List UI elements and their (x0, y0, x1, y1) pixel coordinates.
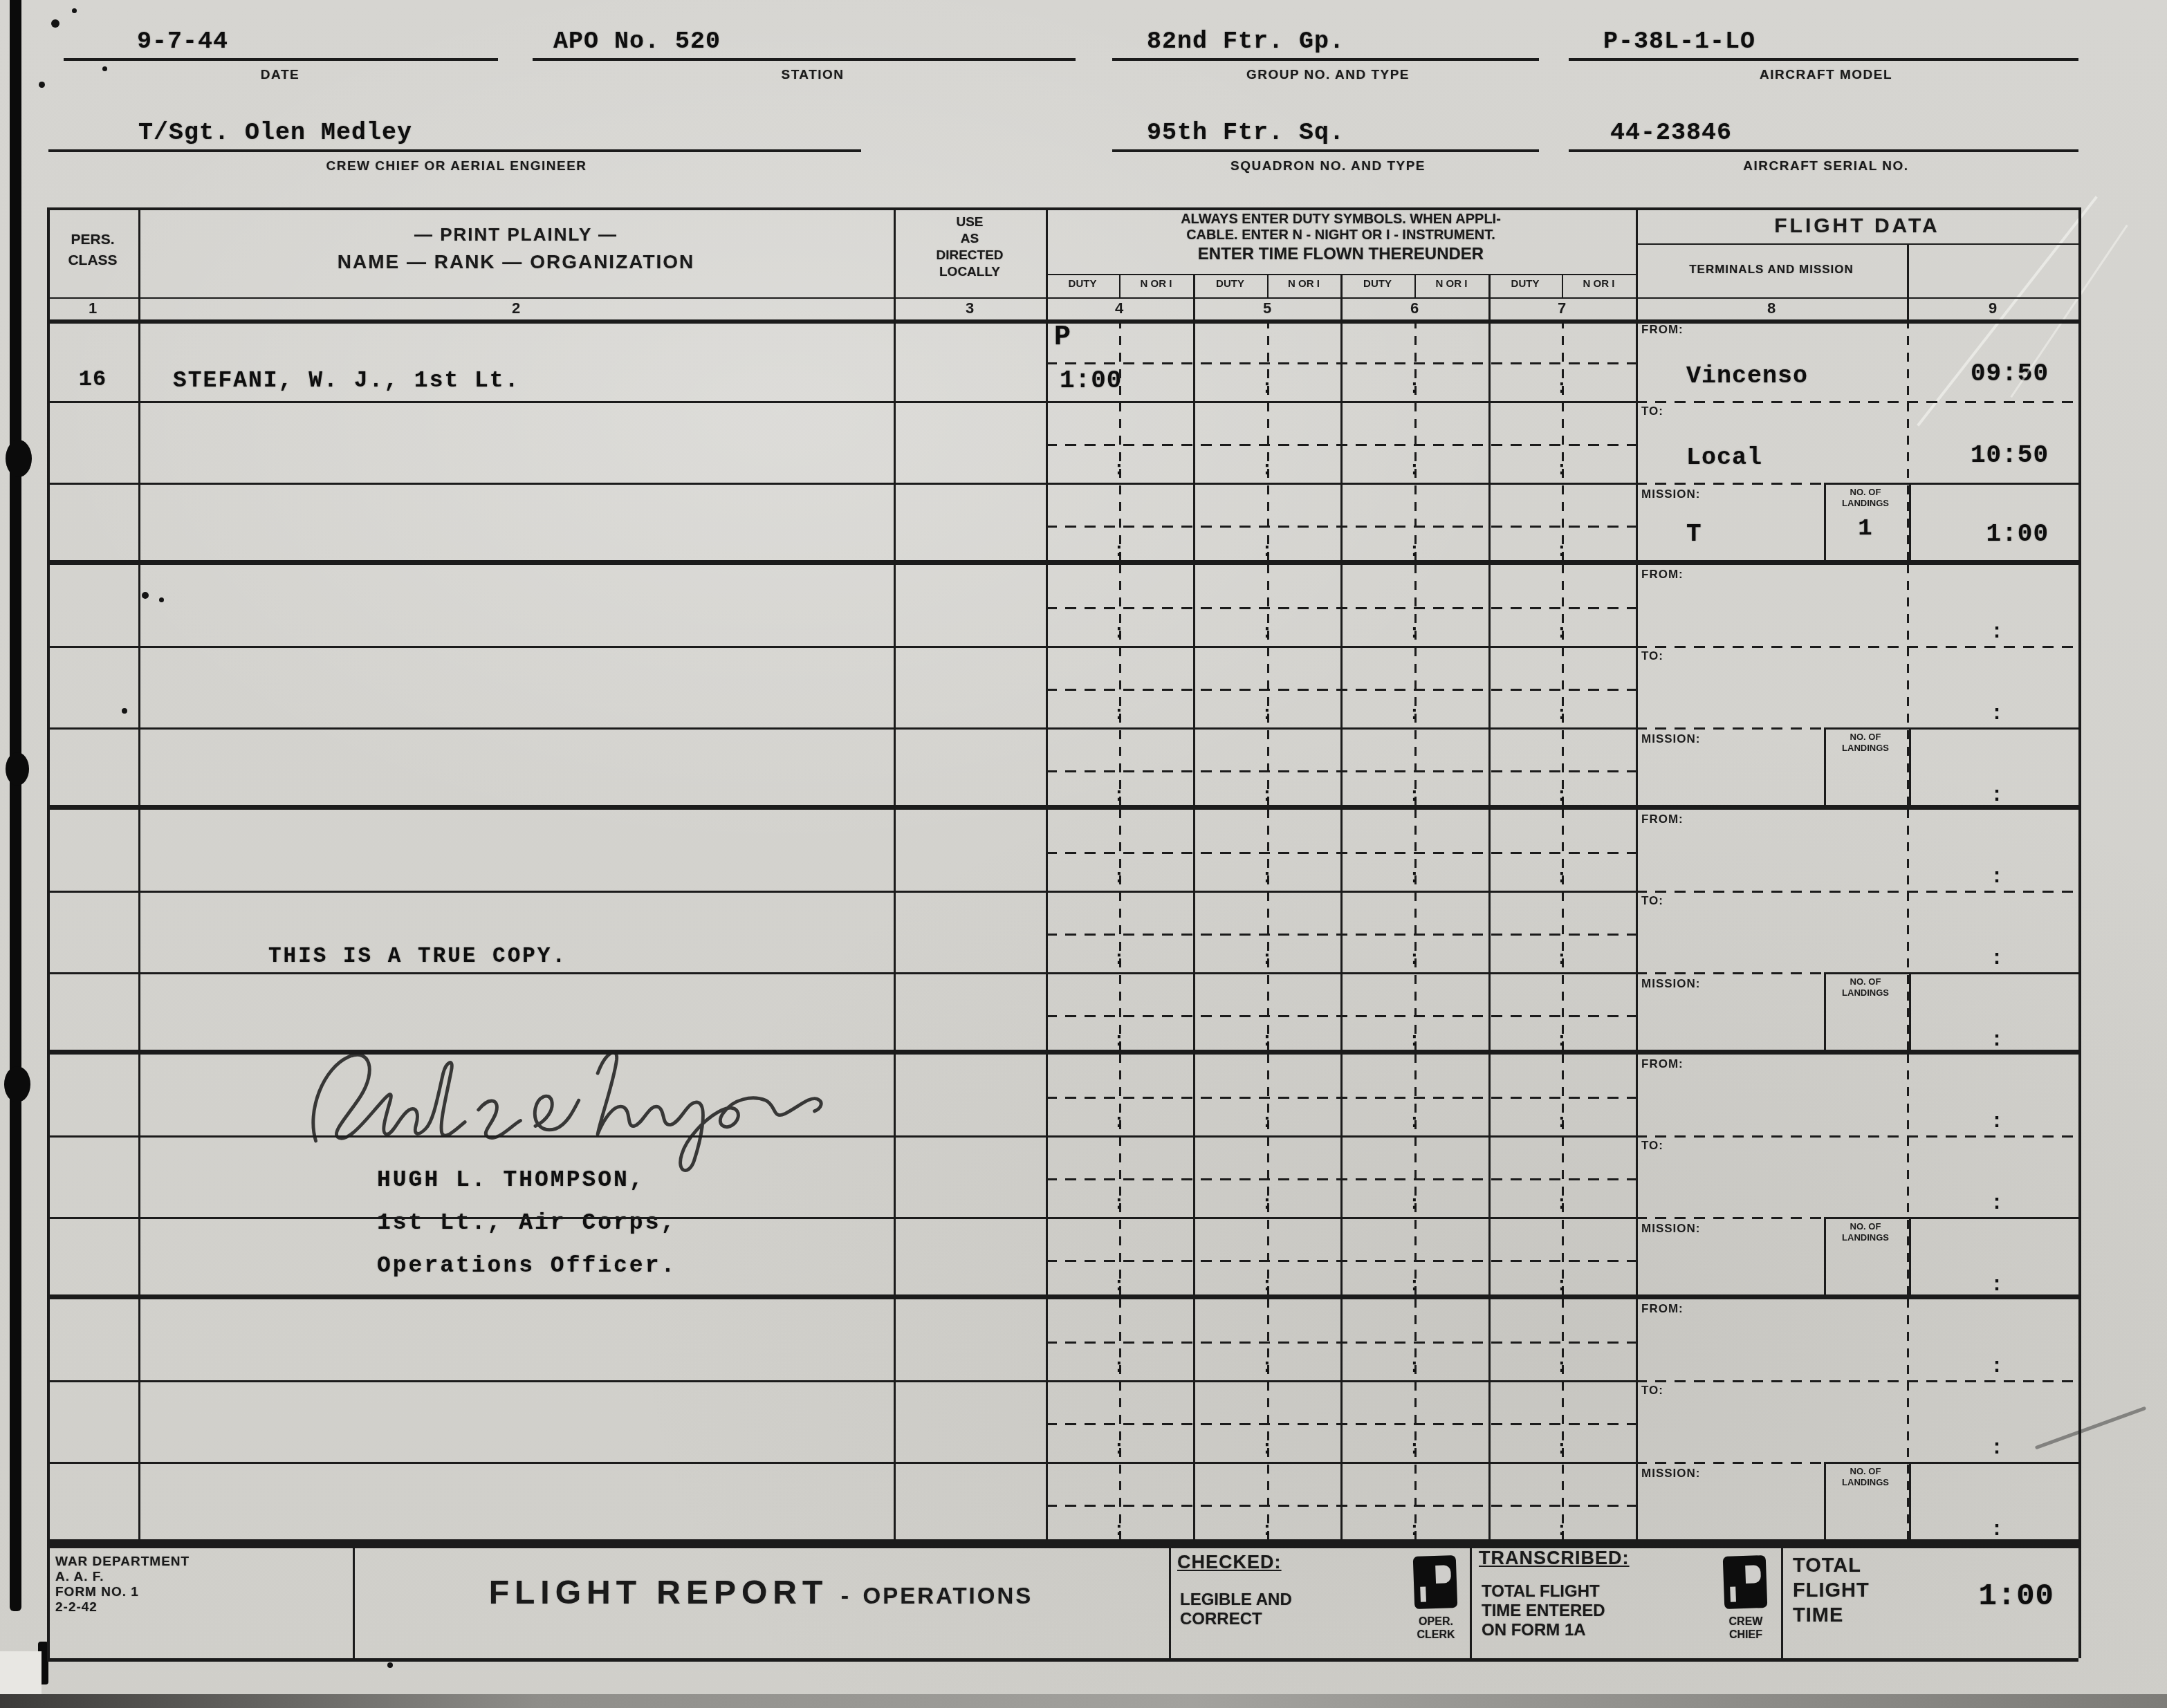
terminals-mission-header: TERMINALS AND MISSION (1636, 263, 1907, 277)
time-colon-placeholder: : (1555, 1030, 1569, 1052)
transcribed-desc-line3: ON FORM 1A (1482, 1621, 1605, 1640)
column-number: 5 (1239, 299, 1295, 317)
grid-line (138, 1054, 140, 1299)
total-label-line2: FLIGHT (1793, 1578, 1870, 1603)
group-value: 82nd Ftr. Gp. (1147, 28, 1345, 55)
grid-dashed-line (1636, 1217, 1824, 1219)
name-column-header: — PRINT PLAINLY — NAME — RANK — ORGANIZA… (138, 224, 894, 273)
grid-dashed-line (1046, 1015, 1636, 1017)
time-colon-placeholder: : (1408, 1438, 1421, 1460)
name-rank-org-label: NAME — RANK — ORGANIZATION (138, 251, 894, 273)
grid-dashed-line (1046, 526, 1636, 528)
time-colon-placeholder: : (1112, 1520, 1126, 1541)
grid-line (1636, 207, 1638, 319)
landings-box-label: NO. OF (1824, 732, 1907, 742)
date-label: DATE (180, 68, 380, 83)
crew-chief-line (48, 149, 861, 152)
grid-line (47, 297, 2078, 299)
time-colon-placeholder: : (1112, 1194, 1126, 1215)
checked-desc-line2: CORRECT (1180, 1610, 1292, 1629)
total-label-line3: TIME (1793, 1603, 1870, 1628)
column-number: 7 (1534, 299, 1589, 317)
time-colon-placeholder: : (1112, 1357, 1126, 1378)
duty-note-line1: ALWAYS ENTER DUTY SYMBOLS. WHEN APPLI- (1046, 212, 1636, 228)
grid-line (894, 809, 896, 1054)
scan-edge-bump (6, 440, 32, 477)
time-colon-placeholder: : (1112, 867, 1126, 889)
certifier-typed-name: HUGH L. THOMPSON, (377, 1167, 645, 1193)
time-colon-placeholder: : (1408, 1112, 1421, 1133)
time-colon-placeholder: : (1555, 378, 1569, 399)
grid-line (1636, 319, 1638, 564)
group-bottom-rule (47, 1294, 2078, 1299)
checked-label: CHECKED: (1177, 1552, 1282, 1573)
grid-line (47, 1135, 1636, 1138)
scan-edge-bump (4, 1066, 30, 1102)
table-top-border (47, 207, 2078, 210)
to-label: TO: (1641, 1139, 1663, 1153)
duty-note-line3: ENTER TIME FLOWN THEREUNDER (1046, 245, 1636, 264)
flight-report-document: 9-7-44 DATE APO No. 520 STATION 82nd Ftr… (0, 0, 2167, 1708)
aircraft-model-value: P-38L-1-LO (1603, 28, 1755, 55)
time-colon-placeholder: : (1555, 1112, 1569, 1133)
transcribed-desc-line1: TOTAL FLIGHT (1482, 1582, 1605, 1602)
group-label: GROUP NO. AND TYPE (1190, 68, 1466, 83)
time-colon-placeholder: : (1260, 867, 1274, 889)
landings-box-label2: LANDINGS (1824, 1477, 1907, 1487)
column-number: 3 (942, 299, 997, 317)
group-bottom-rule (47, 805, 2078, 810)
time-colon-placeholder: : (1112, 1438, 1126, 1460)
to-label: TO: (1641, 649, 1663, 663)
time-colon-placeholder: : (1555, 1438, 1569, 1460)
footer-divider (1781, 1543, 1783, 1658)
time-colon-placeholder: : (1260, 786, 1274, 807)
time-colon-placeholder: : (1112, 1030, 1126, 1052)
grid-dashed-line (1636, 727, 1824, 730)
nori-subheader: N OR I (1562, 278, 1636, 290)
grid-line (1636, 243, 2078, 245)
footer-divider (1470, 1543, 1472, 1658)
grid-dashed-line (1636, 1462, 1824, 1464)
time-colon-placeholder: : (1260, 949, 1274, 970)
grid-dashed-line (1046, 1505, 1636, 1507)
time-colon-placeholder: : (1989, 1519, 2004, 1542)
grid-line (1636, 564, 1638, 809)
mission-symbol-entry: T (1686, 520, 1702, 548)
grid-dashed-line (1046, 1260, 1636, 1262)
aircraft-model-line (1569, 58, 2078, 61)
squadron-line (1112, 149, 1539, 152)
grid-dashed-line (1046, 1423, 1636, 1425)
time-colon-placeholder: : (1989, 1355, 2004, 1379)
grid-line (894, 564, 896, 809)
duty-subheader: DUTY (1046, 278, 1119, 290)
grid-dashed-line (1046, 362, 1636, 364)
grid-dashed-line (1046, 1342, 1636, 1344)
scan-speck (102, 66, 107, 71)
from-label: FROM: (1641, 1302, 1684, 1316)
time-colon-placeholder: : (1555, 1194, 1569, 1215)
time-colon-placeholder: : (1408, 541, 1421, 562)
station-label: STATION (712, 68, 913, 83)
group-line (1112, 58, 1539, 61)
time-colon-placeholder: : (1408, 949, 1421, 970)
time-colon-placeholder: : (1408, 704, 1421, 725)
grid-line (894, 319, 896, 564)
time-colon-placeholder: : (1555, 1357, 1569, 1378)
mission-time-entry: 1:00 (1923, 520, 2049, 548)
grid-line (47, 727, 1636, 730)
crew-chief-label: CREW CHIEF (1706, 1615, 1786, 1642)
time-colon-placeholder: : (1260, 1357, 1274, 1378)
grid-line (1636, 1054, 1638, 1299)
name-entry: STEFANI, W. J., 1st Lt. (173, 368, 519, 393)
footer-divider (1169, 1543, 1171, 1658)
checked-desc-line1: LEGIBLE AND (1180, 1590, 1292, 1610)
oper-label-line1: OPER. (1396, 1615, 1476, 1628)
grid-line (47, 1217, 1636, 1219)
grid-line (138, 1299, 140, 1543)
squadron-value: 95th Ftr. Sq. (1147, 119, 1345, 147)
scan-speck (72, 8, 77, 13)
time-colon-placeholder: : (1989, 1111, 2004, 1134)
landings-box-label: NO. OF (1824, 1221, 1907, 1232)
time-colon-placeholder: : (1112, 949, 1126, 970)
grid-line (47, 1462, 1636, 1464)
from-time-entry: 09:50 (1923, 360, 2049, 388)
grid-line (47, 1380, 1636, 1382)
serial-line (1569, 149, 2078, 152)
grid-dashed-line (1636, 1380, 2078, 1382)
time-colon-placeholder: : (1260, 1520, 1274, 1541)
form-id-line4: 2-2-42 (55, 1600, 190, 1615)
pers-class-header-line1: PERS. (50, 230, 136, 250)
mission-label: MISSION: (1641, 732, 1700, 746)
duty-symbols-note: ALWAYS ENTER DUTY SYMBOLS. WHEN APPLI- C… (1046, 212, 1636, 264)
grid-line (47, 401, 1636, 403)
grid-line (894, 207, 896, 319)
time-colon-placeholder: : (1555, 704, 1569, 725)
time-colon-placeholder: : (1260, 1275, 1274, 1297)
column-number: 1 (65, 299, 120, 317)
grid-dashed-line (1046, 444, 1636, 446)
flight-data-header: FLIGHT DATA (1636, 214, 2078, 238)
time-colon-placeholder: : (1260, 1194, 1274, 1215)
time-colon-placeholder: : (1989, 621, 2004, 644)
group-bottom-rule (47, 1050, 2078, 1055)
crew-label-line1: CREW (1706, 1615, 1786, 1628)
grid-dashed-line (1046, 607, 1636, 609)
scan-speck (142, 592, 149, 599)
print-plainly-label: — PRINT PLAINLY — (138, 224, 894, 245)
grid-dashed-line (1636, 646, 2078, 648)
true-copy-statement: THIS IS A TRUE COPY. (268, 945, 567, 969)
time-colon-placeholder: : (1989, 866, 2004, 889)
duty-subheader: DUTY (1488, 278, 1562, 290)
checked-description: LEGIBLE AND CORRECT (1180, 1590, 1292, 1629)
time-colon-placeholder: : (1555, 622, 1569, 644)
time-colon-placeholder: : (1408, 1275, 1421, 1297)
scan-edge-bump (6, 752, 29, 786)
form-id-line3: FORM NO. 1 (55, 1585, 190, 1600)
nori-subheader: N OR I (1414, 278, 1488, 290)
grid-dashed-line (1046, 852, 1636, 854)
time-colon-placeholder: : (1408, 1194, 1421, 1215)
date-value: 9-7-44 (137, 28, 228, 55)
time-colon-placeholder: : (1989, 1029, 2004, 1052)
crew-chief-initials-stamp (1723, 1555, 1768, 1609)
time-colon-placeholder: : (1408, 786, 1421, 807)
time-colon-placeholder: : (1989, 784, 2004, 808)
column-number: 4 (1091, 299, 1147, 317)
column-number: 2 (488, 299, 544, 317)
landings-box-label2: LANDINGS (1824, 743, 1907, 753)
crew-chief-label: CREW CHIEF OR AERIAL ENGINEER (249, 159, 664, 174)
mission-label: MISSION: (1641, 977, 1700, 991)
use-header-line2: AS (894, 231, 1046, 248)
grid-dashed-line (1046, 1097, 1636, 1099)
total-flight-time-value: 1:00 (1930, 1579, 2054, 1614)
grid-line (47, 972, 1636, 974)
time-colon-placeholder: : (1112, 541, 1126, 562)
grid-dashed-line (1046, 689, 1636, 691)
time-colon-placeholder: : (1408, 1520, 1421, 1541)
time-colon-placeholder: : (1112, 459, 1126, 481)
form-title-suffix: OPERATIONS (863, 1583, 1033, 1608)
time-colon-placeholder: : (1408, 622, 1421, 644)
certifier-rank: 1st Lt., Air Corps, (377, 1210, 676, 1236)
time-colon-placeholder: : (1112, 704, 1126, 725)
column-number: 6 (1387, 299, 1442, 317)
mission-label: MISSION: (1641, 488, 1700, 501)
time-colon-placeholder: : (1112, 786, 1126, 807)
landings-box-label2: LANDINGS (1824, 498, 1907, 508)
time-colon-placeholder: : (1555, 786, 1569, 807)
grid-line (1046, 207, 1048, 319)
time-colon-placeholder: : (1555, 1520, 1569, 1541)
grid-dashed-line (1636, 1135, 2078, 1138)
grid-line (138, 207, 140, 319)
time-colon-placeholder: : (1408, 867, 1421, 889)
time-colon-placeholder: : (1408, 1030, 1421, 1052)
grid-line (138, 564, 140, 809)
duty-time-entry: 1:00 (1060, 366, 1122, 395)
time-colon-placeholder: : (1989, 1274, 2004, 1297)
stamp-notch (1745, 1565, 1761, 1584)
grid-dashed-line (1636, 483, 1824, 485)
form-title-main: FLIGHT REPORT (489, 1575, 829, 1611)
scan-crease (2010, 225, 2128, 398)
transcribed-label: TRANSCRIBED: (1479, 1548, 1630, 1569)
grid-dashed-line (1636, 401, 2078, 403)
form-id-line1: WAR DEPARTMENT (55, 1554, 190, 1570)
time-colon-placeholder: : (1989, 1437, 2004, 1460)
crew-chief-value: T/Sgt. Olen Medley (138, 119, 412, 147)
from-terminal-entry: Vincenso (1686, 362, 1808, 390)
use-header-line3: DIRECTED (894, 248, 1046, 264)
pers-class-header-line2: CLASS (50, 250, 136, 271)
time-colon-placeholder: : (1555, 541, 1569, 562)
squadron-label: SQUADRON NO. AND TYPE (1190, 159, 1466, 174)
time-colon-placeholder: : (1408, 378, 1421, 399)
time-colon-placeholder: : (1989, 703, 2004, 726)
column-number: 9 (1965, 299, 2020, 317)
time-colon-placeholder: : (1260, 1112, 1274, 1133)
grid-line (894, 1299, 896, 1543)
time-colon-placeholder: : (1989, 947, 2004, 971)
time-colon-placeholder: : (1555, 459, 1569, 481)
nori-subheader: N OR I (1119, 278, 1193, 290)
to-terminal-entry: Local (1686, 444, 1762, 472)
scan-crease (2035, 1407, 2146, 1450)
form-id-line2: A. A. F. (55, 1570, 190, 1585)
time-colon-placeholder: : (1260, 378, 1274, 399)
transcribed-desc-line2: TIME ENTERED (1482, 1602, 1605, 1621)
landings-box-label: NO. OF (1824, 487, 1907, 497)
scan-speck (122, 708, 127, 714)
serial-label: AIRCRAFT SERIAL NO. (1688, 159, 1964, 174)
group-bottom-rule (47, 560, 2078, 565)
time-colon-placeholder: : (1112, 1275, 1126, 1297)
duty-subheader: DUTY (1340, 278, 1414, 290)
time-colon-placeholder: : (1555, 1275, 1569, 1297)
landings-box-label: NO. OF (1824, 1466, 1907, 1476)
grid-dashed-line (1636, 972, 1824, 974)
grid-line (47, 483, 1636, 485)
landings-box-label2: LANDINGS (1824, 987, 1907, 998)
to-label: TO: (1641, 405, 1663, 418)
duty-note-line2: CABLE. ENTER N - NIGHT OR I - INSTRUMENT… (1046, 228, 1636, 243)
stamp-notch (1730, 1586, 1736, 1602)
serial-value: 44-23846 (1610, 119, 1732, 147)
form-title: FLIGHT REPORT - OPERATIONS (353, 1574, 1169, 1612)
scan-speck (51, 19, 59, 28)
time-colon-placeholder: : (1260, 459, 1274, 481)
form-identification: WAR DEPARTMENT A. A. F. FORM NO. 1 2-2-4… (55, 1554, 190, 1615)
grid-line (1636, 809, 1638, 1054)
use-header-line1: USE (894, 214, 1046, 231)
time-colon-placeholder: : (1408, 459, 1421, 481)
duty-subheader: DUTY (1193, 278, 1267, 290)
mission-label: MISSION: (1641, 1467, 1700, 1480)
pers-class-header: PERS. CLASS (50, 230, 136, 271)
footer-top-border (47, 1543, 2078, 1548)
footer-bottom-border (47, 1658, 2078, 1662)
grid-line (138, 809, 140, 1054)
station-line (533, 58, 1076, 61)
scan-speck (387, 1662, 393, 1668)
table-right-border (2078, 207, 2081, 1658)
time-colon-placeholder: : (1989, 1192, 2004, 1216)
grid-dashed-line (1636, 891, 2078, 893)
footer-divider (353, 1543, 355, 1658)
oper-clerk-initials-stamp (1413, 1555, 1458, 1609)
aircraft-model-label: AIRCRAFT MODEL (1688, 68, 1964, 83)
station-value: APO No. 520 (553, 28, 721, 55)
stamp-notch (1420, 1586, 1426, 1602)
time-colon-placeholder: : (1555, 949, 1569, 970)
time-colon-placeholder: : (1408, 1357, 1421, 1378)
form-title-sep: - (841, 1583, 850, 1609)
from-label: FROM: (1641, 1057, 1684, 1071)
total-label-line1: TOTAL (1793, 1553, 1870, 1578)
crew-label-line2: CHIEF (1706, 1628, 1786, 1642)
signature-handwriting (295, 1008, 841, 1174)
grid-line (1907, 243, 1909, 319)
grid-dashed-line (1046, 1178, 1636, 1180)
time-colon-placeholder: : (1260, 622, 1274, 644)
grid-line (47, 891, 1636, 893)
from-label: FROM: (1641, 323, 1684, 337)
column-number: 8 (1744, 299, 1799, 317)
grid-line (1636, 1299, 1638, 1543)
time-colon-placeholder: : (1260, 1030, 1274, 1052)
oper-label-line2: CLERK (1396, 1628, 1476, 1642)
grid-line (47, 646, 1636, 648)
scan-speck (39, 82, 45, 88)
total-flight-time-label: TOTAL FLIGHT TIME (1793, 1553, 1870, 1628)
use-header-line4: LOCALLY (894, 264, 1046, 281)
scan-edge-bar (10, 0, 21, 1611)
header-bottom-rule (47, 319, 2078, 324)
to-time-entry: 10:50 (1923, 441, 2049, 470)
time-colon-placeholder: : (1112, 1112, 1126, 1133)
pers-class-entry: 16 (53, 366, 133, 392)
scan-bottom-band (0, 1694, 2167, 1708)
grid-dashed-line (1046, 934, 1636, 936)
time-colon-placeholder: : (1112, 622, 1126, 644)
to-label: TO: (1641, 1384, 1663, 1398)
from-label: FROM: (1641, 568, 1684, 582)
use-as-directed-header: USE AS DIRECTED LOCALLY (894, 214, 1046, 281)
table-left-border (47, 207, 50, 1658)
time-colon-placeholder: : (1260, 704, 1274, 725)
duty-symbol-entry: P (1054, 322, 1071, 353)
from-label: FROM: (1641, 813, 1684, 826)
scan-speck (159, 597, 164, 602)
time-colon-placeholder: : (1260, 541, 1274, 562)
transcribed-description: TOTAL FLIGHT TIME ENTERED ON FORM 1A (1482, 1582, 1605, 1640)
grid-line (894, 1054, 896, 1299)
grid-line (138, 319, 140, 564)
time-colon-placeholder: : (1555, 867, 1569, 889)
time-colon-placeholder: : (1260, 1438, 1274, 1460)
certifier-title: Operations Officer. (377, 1253, 676, 1279)
landings-box-label: NO. OF (1824, 976, 1907, 987)
to-label: TO: (1641, 894, 1663, 908)
date-line (64, 58, 498, 61)
stamp-notch (1435, 1565, 1451, 1584)
grid-dashed-line (1046, 770, 1636, 772)
mission-label: MISSION: (1641, 1222, 1700, 1236)
nori-subheader: N OR I (1267, 278, 1340, 290)
landings-box-label2: LANDINGS (1824, 1232, 1907, 1243)
oper-clerk-label: OPER. CLERK (1396, 1615, 1476, 1642)
